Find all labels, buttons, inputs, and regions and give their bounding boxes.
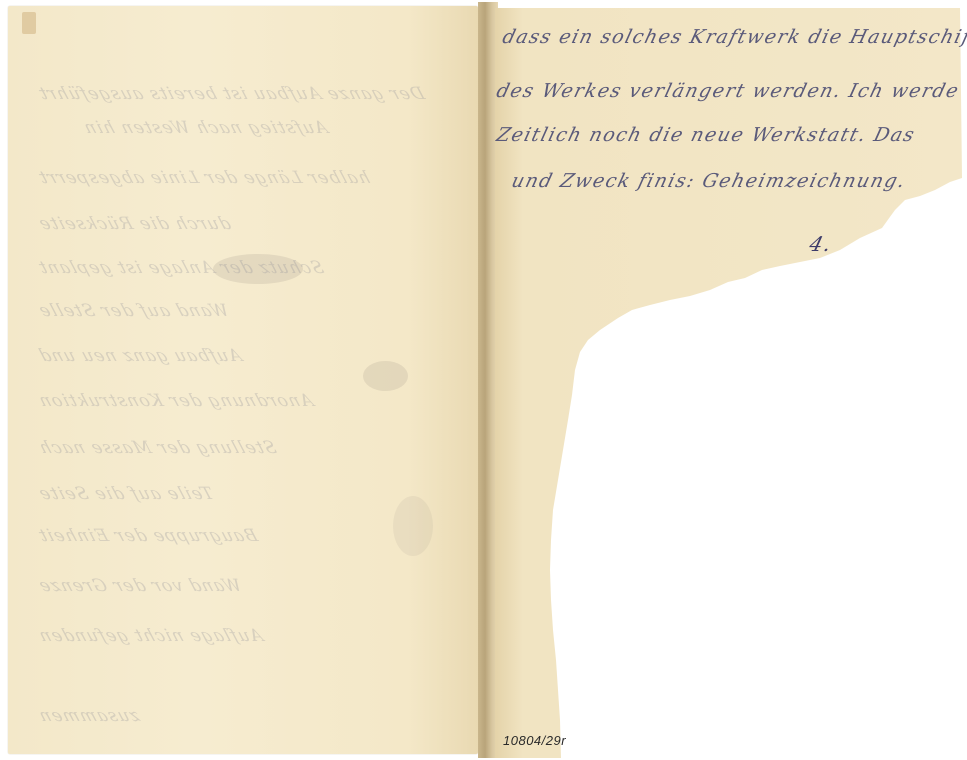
right-page-torn	[0, 0, 967, 760]
handwriting-line: des Werkes verlängert werden. Ich werde	[494, 80, 962, 102]
handwriting-line: und Zweck finis: Geheimzeichnung.	[509, 170, 908, 192]
catalog-number: 10804/29r	[503, 733, 566, 748]
handwriting-line: dass ein solches Kraftwerk die Hauptschi…	[500, 26, 967, 48]
document-scan: Der ganze Aufbau ist bereits ausgeführt …	[0, 0, 967, 760]
handwriting-line: Zeitlich noch die neue Werkstatt. Das	[494, 124, 918, 146]
